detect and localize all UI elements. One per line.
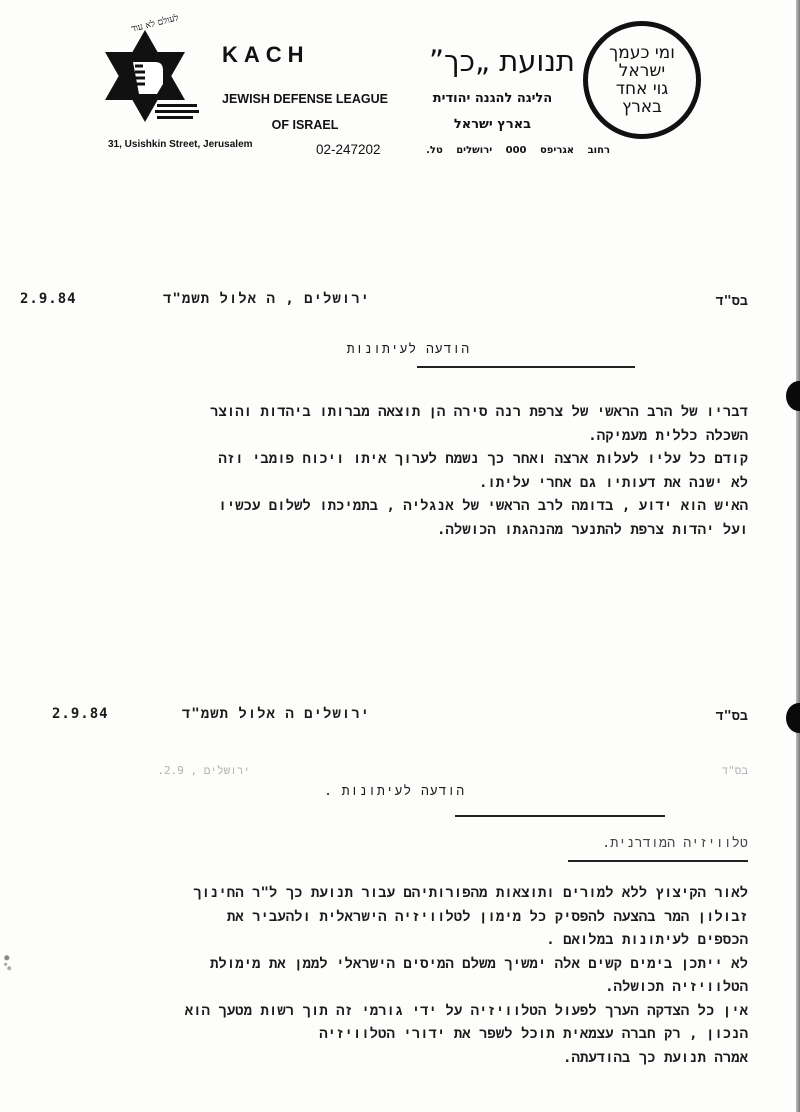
phone-number: 02-247202 (316, 142, 381, 157)
body-line: אמרה תנועת כך בהודעתה. (48, 1047, 748, 1071)
body-line: השכלה כללית מעמיקה. (48, 425, 748, 449)
seal-line: ישראל (619, 62, 665, 80)
date-hebrew: ירושלים ה אלול תשמ"ד (182, 706, 370, 723)
bsd-mark: בס"ד (716, 293, 748, 310)
press-release-title: הודעה לעיתונות . (324, 784, 465, 799)
org-subtitle-hebrew: הליגה להגנה יהודית בארץ ישראל (410, 86, 575, 138)
date-numeric: 2.9.84 (52, 706, 109, 722)
address-hebrew: רחוב אגריפס 000 ירושלים טל. (400, 145, 610, 156)
seal-line: בארץ (622, 98, 662, 116)
title-underline (455, 815, 665, 817)
body-line: הטלוויזיה תכושלה. (48, 976, 748, 1000)
punch-hole (786, 703, 800, 733)
org-name-english: KACH (222, 42, 310, 68)
org-name-hebrew: תנועת „כך” (405, 44, 575, 78)
kach-logo: לעולם לא עוד (105, 18, 205, 128)
bsd-mark: בס"ד (716, 708, 748, 725)
subtitle-line: JEWISH DEFENSE LEAGUE (220, 86, 390, 112)
seal-emblem: ומי כעמך ישראל גוי אחד בארץ (583, 21, 701, 139)
scan-artifact (2, 950, 14, 976)
press-release-body: דבריו של הרב הראשי של צרפת רנה סירה הן ת… (48, 401, 748, 542)
body-line: קודם כל עליו לעלות ארצה ואחר כך נשמח לער… (48, 448, 748, 472)
body-line: לא ישנה את דעותיו גם אחרי עליתו. (48, 472, 748, 496)
punch-hole (786, 381, 800, 411)
date-numeric: 2.9.84 (20, 291, 77, 307)
org-subtitle-english: JEWISH DEFENSE LEAGUE OF ISRAEL (220, 86, 390, 138)
address-english: 31, Usishkin Street, Jerusalem (108, 139, 253, 150)
press-release-subtitle: טלוויזיה המודרנית. (602, 835, 748, 852)
title-underline (417, 366, 635, 368)
seal-line: ומי כעמך (609, 44, 675, 62)
body-line: הכספים לעיתונות במלואם . (48, 929, 748, 953)
body-line: לא ייתכן בימים קשים אלה ימשיך משלם המיסי… (48, 953, 748, 977)
ghost-bsd: בס"ד (722, 764, 748, 778)
subtitle-underline (568, 860, 748, 862)
subtitle-line: בארץ ישראל (410, 112, 575, 138)
press-release-title: הודעה לעיתונות (347, 342, 470, 357)
subtitle-line: OF ISRAEL (220, 112, 390, 138)
date-hebrew: ירושלים , ה אלול תשמ"ד (163, 291, 370, 308)
page-edge (796, 0, 800, 1112)
body-line: הנכון , רק חברה עצמאית תוכל לשפר את ידור… (48, 1023, 748, 1047)
body-line: לאור הקיצוץ ללא למורים ותוצאות מהפורותיה… (48, 882, 748, 906)
ghost-date: ירושלים , 2.9. (20, 764, 250, 778)
body-line: אין כל הצדקה הערך לפעול הטלוויזיה על ידי… (48, 1000, 748, 1024)
body-line: דבריו של הרב הראשי של צרפת רנה סירה הן ת… (48, 401, 748, 425)
seal-line: גוי אחד (616, 80, 669, 98)
body-line: האיש הוא ידוע , בדומה לרב הראשי של אנגלי… (48, 495, 748, 519)
body-line: ועל יהדות צרפת להתנער מהנהגתו הכושלה. (48, 519, 748, 543)
press-release-body: לאור הקיצוץ ללא למורים ותוצאות מהפורותיה… (48, 882, 748, 1070)
subtitle-line: הליגה להגנה יהודית (410, 86, 575, 112)
body-line: זבולון המר בהצעה להפסיק כל מימון לטלוויז… (48, 906, 748, 930)
